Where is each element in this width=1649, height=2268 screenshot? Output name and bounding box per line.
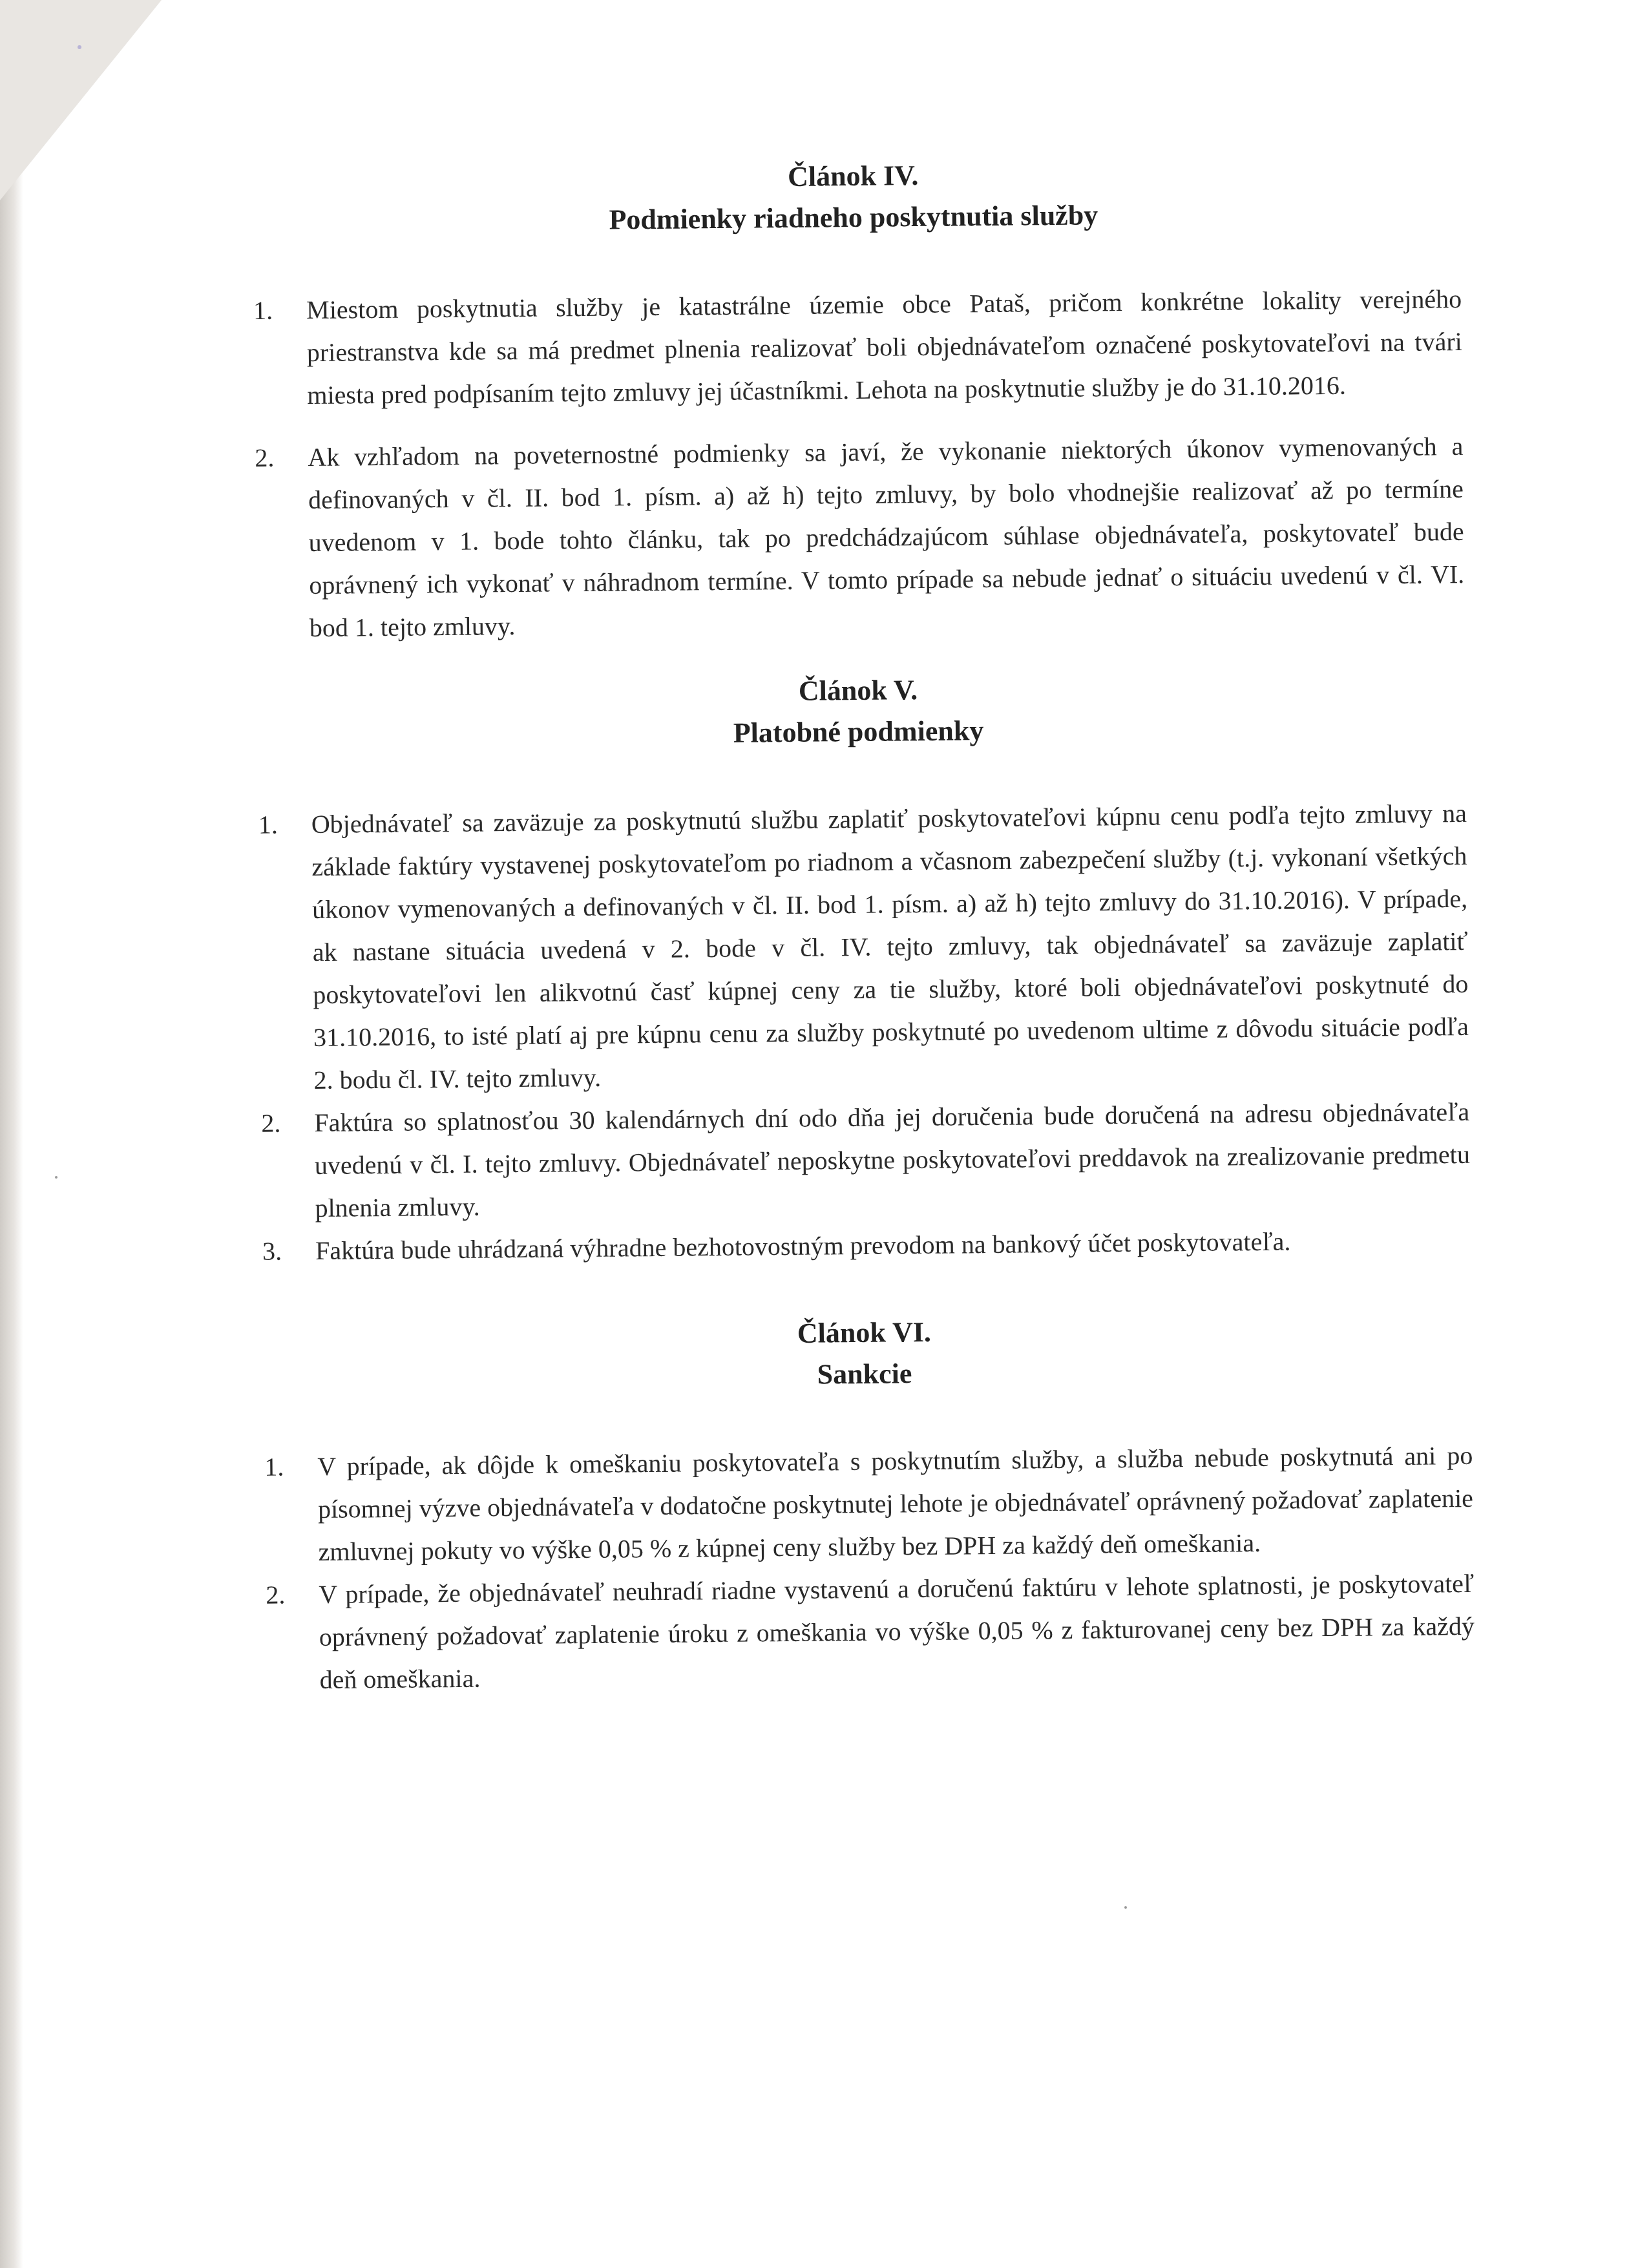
article-v: Článok V. Platobné podmienky 1. Objednáv… (251, 664, 1471, 1273)
article-heading: Článok VI. Sankcie (257, 1307, 1472, 1401)
clause-number: 2. (255, 1102, 315, 1145)
scan-edge-shadow (0, 0, 23, 2268)
article-iv: Článok IV. Podmienky riadneho poskytnuti… (246, 150, 1465, 650)
scan-speck (78, 45, 81, 49)
stray-mark (1124, 1906, 1127, 1909)
stray-mark (55, 1176, 58, 1179)
clause-number: 1. (252, 803, 312, 846)
clause-number: 2. (248, 436, 308, 479)
clause-list: 1. Objednávateľ sa zaväzuje za poskytnut… (252, 792, 1471, 1273)
clause-text: V prípade, ak dôjde k omeškaniu poskytov… (317, 1434, 1474, 1573)
clause-list: 1. V prípade, ak dôjde k omeškaniu posky… (258, 1434, 1475, 1702)
clause-number: 2. (259, 1573, 319, 1617)
clause-number: 1. (247, 289, 307, 332)
clause-text: Miestom poskytnutia služby je katastráln… (306, 278, 1463, 417)
clause-list: 1. Miestom poskytnutia služby je katastr… (247, 278, 1465, 650)
clause-number: 3. (256, 1230, 316, 1273)
document-page: Článok IV. Podmienky riadneho poskytnuti… (246, 150, 1475, 1728)
article-heading: Článok IV. Podmienky riadneho poskytnuti… (246, 150, 1461, 244)
clause: 1. V prípade, ak dôjde k omeškaniu posky… (258, 1434, 1474, 1574)
clause-text: V prípade, že objednávateľ neuhradí riad… (319, 1562, 1475, 1701)
clause: 1. Miestom poskytnutia služby je katastr… (247, 278, 1463, 417)
clause-text: Objednávateľ sa zaväzuje za poskytnutú s… (311, 792, 1469, 1102)
clause: 2. V prípade, že objednávateľ neuhradí r… (259, 1562, 1475, 1702)
article-vi: Článok VI. Sankcie 1. V prípade, ak dôjd… (257, 1307, 1475, 1702)
article-heading: Článok V. Platobné podmienky (251, 664, 1466, 759)
clause: 1. Objednávateľ sa zaväzuje za poskytnut… (252, 792, 1469, 1102)
clause: 2. Ak vzhľadom na poveternostné podmienk… (248, 425, 1465, 650)
clause: 2. Faktúra so splatnosťou 30 kalendárnyc… (255, 1091, 1471, 1230)
folded-corner (0, 0, 162, 200)
clause-number: 1. (258, 1445, 318, 1489)
clause-text: Faktúra so splatnosťou 30 kalendárnych d… (314, 1091, 1471, 1230)
clause-text: Ak vzhľadom na poveternostné podmienky s… (308, 425, 1465, 649)
